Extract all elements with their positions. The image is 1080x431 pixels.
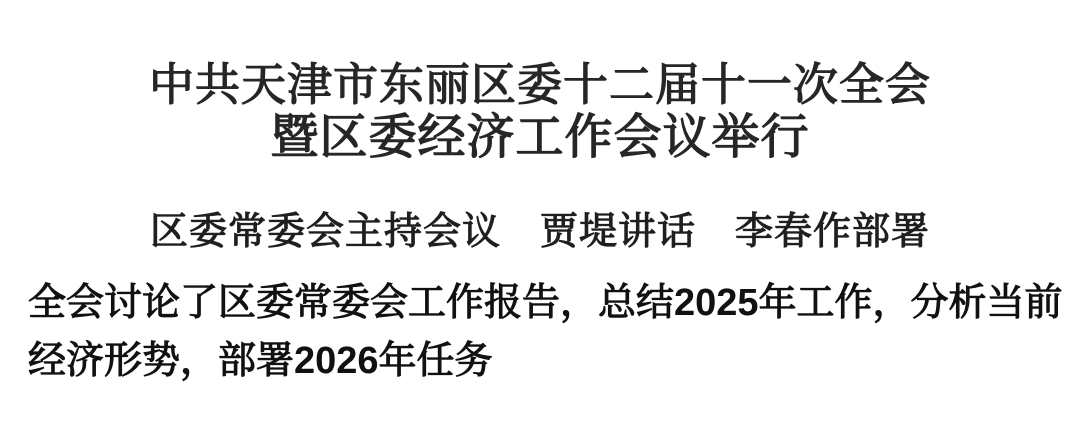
article-headline-line-2: 暨区委经济工作会议举行	[0, 111, 1080, 164]
lead-paragraph: 全会讨论了区委常委会工作报告，总结2025年工作，分析当前 经济形势，部署202…	[0, 274, 1080, 390]
lead-paragraph-line-1: 全会讨论了区委常委会工作报告，总结2025年工作，分析当前	[28, 274, 1072, 332]
article-headline-line-1: 中共天津市东丽区委十二届十一次全会	[0, 58, 1080, 111]
article-subheadline: 区委常委会主持会议 贾堤讲话 李春作部署	[0, 209, 1080, 255]
article-headline: 中共天津市东丽区委十二届十一次全会 暨区委经济工作会议举行	[0, 0, 1080, 164]
lead-paragraph-line-2: 经济形势，部署2026年任务	[28, 332, 1072, 390]
article-page: 中共天津市东丽区委十二届十一次全会 暨区委经济工作会议举行 区委常委会主持会议 …	[0, 0, 1080, 431]
